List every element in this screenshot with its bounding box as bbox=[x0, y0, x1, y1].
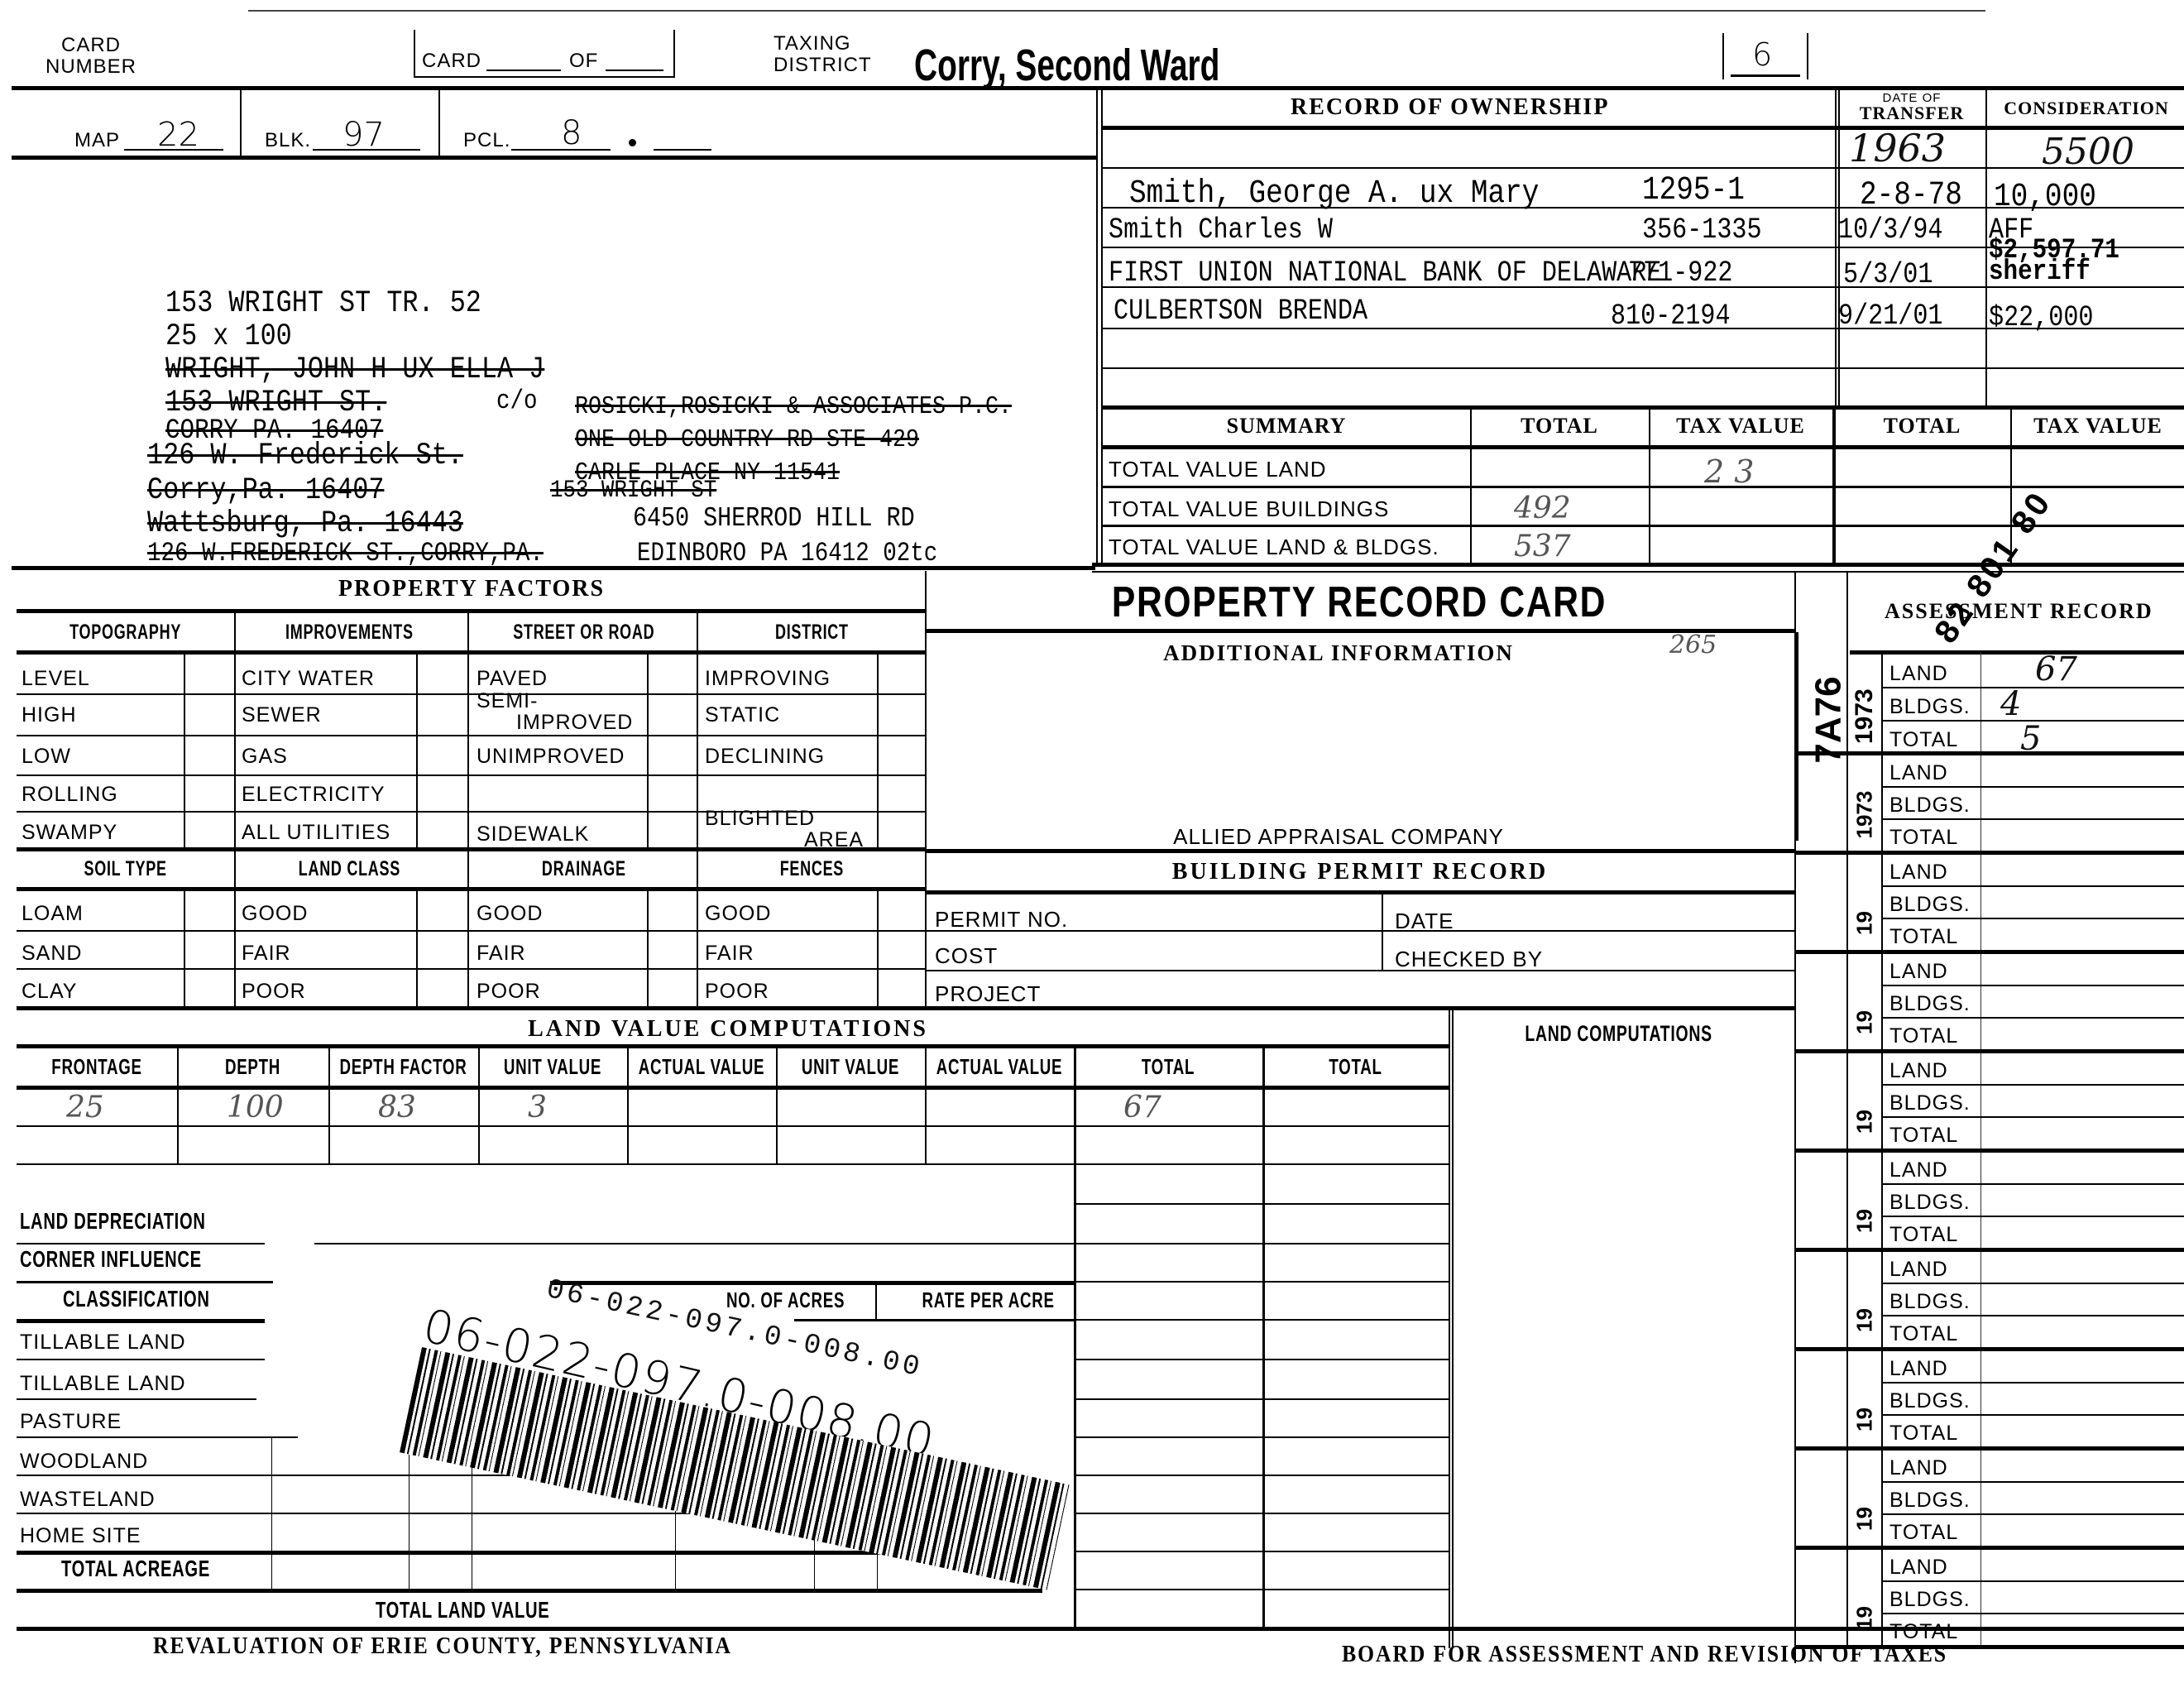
bottom-rule bbox=[17, 1627, 2184, 1631]
ownership-owner: Smith Charles W bbox=[1109, 213, 1333, 247]
assessment-bldgs-label: BLDGS. bbox=[1889, 992, 1971, 1016]
rule bbox=[17, 1125, 1449, 1127]
rule bbox=[17, 1398, 256, 1400]
assessment-bldgs-label: BLDGS. bbox=[1889, 1588, 1971, 1612]
factor-header-street: STREET OR ROAD bbox=[471, 621, 697, 645]
pcl-sub-underline bbox=[654, 149, 711, 151]
row-rule bbox=[1101, 286, 2184, 288]
ownership-deed: 771-922 bbox=[1628, 257, 1732, 290]
assessment-year: 19 bbox=[1852, 1405, 1878, 1435]
divider bbox=[1452, 1009, 1454, 1648]
summary-total-header-2: TOTAL bbox=[1836, 414, 2009, 439]
assessment-title: ASSESSMENT RECORD bbox=[1885, 599, 2153, 624]
factor-drainage-good[interactable]: GOOD bbox=[477, 902, 543, 926]
rule bbox=[1074, 1475, 1449, 1476]
divider bbox=[675, 1501, 676, 1589]
assessment-year: 19 bbox=[1852, 1206, 1878, 1236]
divider bbox=[409, 1455, 409, 1589]
ownership-header-rule bbox=[1101, 126, 2184, 130]
land-value-cell[interactable]: 100 bbox=[227, 1091, 284, 1125]
rule bbox=[925, 890, 1795, 894]
assessment-land-field[interactable] bbox=[1982, 953, 2181, 983]
class-row-label: PASTURE bbox=[20, 1410, 122, 1434]
assessment-year: 1973 bbox=[1851, 707, 1879, 744]
assessment-bldgs-label: BLDGS. bbox=[1889, 1290, 1971, 1314]
address-line: WRIGHT, JOHN H UX ELLA J bbox=[165, 352, 544, 387]
rule bbox=[17, 735, 925, 736]
land-value-header: ACTUAL VALUE bbox=[925, 1054, 1074, 1080]
assessment-bldgs-label: BLDGS. bbox=[1889, 1091, 1971, 1115]
assessment-land-field[interactable] bbox=[1982, 1152, 2181, 1182]
permit-project-label: PROJECT bbox=[935, 981, 1041, 1007]
rule bbox=[17, 1086, 1449, 1090]
assessment-total-label: TOTAL bbox=[1889, 728, 1958, 752]
of-blank[interactable] bbox=[606, 70, 663, 71]
additional-info-field[interactable] bbox=[935, 679, 1787, 811]
assessment-total-label: TOTAL bbox=[1889, 1223, 1958, 1247]
rule bbox=[17, 847, 925, 851]
rule bbox=[925, 849, 1795, 853]
ownership-deed: 1295-1 bbox=[1642, 172, 1745, 209]
rule bbox=[17, 1513, 778, 1514]
factor-soil-loam[interactable]: LOAM bbox=[22, 902, 84, 926]
rule bbox=[17, 1436, 298, 1438]
factor-land-class-fair[interactable]: FAIR bbox=[242, 942, 291, 966]
factor-soil-clay[interactable]: CLAY bbox=[22, 980, 77, 1004]
ownership-consideration: 10,000 bbox=[1994, 179, 2096, 216]
rule bbox=[17, 1589, 1042, 1593]
address-line: 25 x 100 bbox=[165, 319, 292, 354]
consideration-header: CONSIDERATION bbox=[1989, 98, 2184, 119]
card-of-box: CARD OF bbox=[414, 30, 675, 78]
assessment-land-label: LAND bbox=[1889, 861, 1948, 885]
factor-header-fences: FENCES bbox=[700, 857, 924, 881]
divider bbox=[472, 1465, 472, 1589]
factor-fences-poor[interactable]: POOR bbox=[705, 980, 769, 1004]
factor-street-semi-improved[interactable]: SEMI-IMPROVED bbox=[477, 690, 633, 733]
divider bbox=[877, 890, 879, 1008]
of-label: OF bbox=[569, 50, 598, 73]
assessment-land-field[interactable] bbox=[1982, 1053, 2181, 1082]
rule bbox=[314, 1243, 1075, 1244]
permit-title: BUILDING PERMIT RECORD bbox=[925, 859, 1795, 885]
address-line: 126 W. Frederick St. bbox=[147, 439, 463, 473]
card-number-label: CARD NUMBER bbox=[33, 35, 149, 78]
rule bbox=[1074, 1243, 1449, 1244]
divider bbox=[478, 1046, 480, 1163]
summary-total-header: TOTAL bbox=[1472, 414, 1647, 439]
divider bbox=[647, 652, 649, 847]
rule bbox=[17, 609, 925, 613]
rule bbox=[17, 774, 925, 776]
rule bbox=[1074, 1551, 1449, 1552]
class-row-label: TILLABLE LAND bbox=[20, 1372, 186, 1396]
assessment-bldgs-label: BLDGS. bbox=[1889, 1389, 1971, 1413]
land-value-header: FRONTAGE bbox=[17, 1054, 177, 1080]
class-row-label: WASTELAND bbox=[20, 1488, 156, 1512]
rule bbox=[1074, 1436, 1449, 1438]
assessment-bldgs-field[interactable] bbox=[1982, 1581, 2181, 1611]
factor-improvements-sewer[interactable]: SEWER bbox=[242, 703, 322, 727]
assessment-land-field[interactable] bbox=[1982, 1549, 2181, 1579]
rule bbox=[925, 629, 1795, 633]
assessment-land-field[interactable] bbox=[1982, 1251, 2181, 1281]
divider bbox=[416, 652, 418, 847]
assessment-bldgs-field[interactable] bbox=[1982, 787, 2181, 817]
factor-land-class-good[interactable]: GOOD bbox=[242, 902, 308, 926]
factor-topography-level[interactable]: LEVEL bbox=[22, 667, 90, 691]
assessment-land-label: LAND bbox=[1889, 1158, 1948, 1182]
footer-right: BOARD FOR ASSESSMENT AND REVISION OF TAX… bbox=[1342, 1642, 1947, 1668]
rule bbox=[17, 1319, 265, 1323]
assessment-land-label: LAND bbox=[1889, 662, 1948, 686]
factor-header-topography: TOPOGRAPHY bbox=[18, 621, 232, 645]
rule bbox=[17, 968, 925, 970]
assessment-total-field[interactable] bbox=[1982, 918, 2181, 948]
divider bbox=[1262, 1046, 1265, 1627]
divider bbox=[925, 1046, 927, 1163]
date-header: TRANSFER bbox=[1842, 103, 1982, 124]
address-line-right: ROSICKI,ROSICKI & ASSOCIATES P.C. bbox=[575, 392, 1012, 421]
district-code-box: 6 bbox=[1722, 33, 1808, 79]
divider bbox=[438, 88, 440, 159]
summary-header: SUMMARY bbox=[1104, 414, 1468, 439]
rule bbox=[17, 650, 925, 655]
blk-value[interactable]: 97 bbox=[342, 116, 385, 154]
factor-topography-high[interactable]: HIGH bbox=[22, 703, 77, 727]
factor-fences-good[interactable]: GOOD bbox=[705, 902, 771, 926]
top-edge-line bbox=[248, 10, 1985, 12]
map-row-rule bbox=[12, 156, 1096, 160]
side-stamp: 7A76 bbox=[1808, 676, 1850, 763]
summary-tax-value[interactable]: 2 3 bbox=[1704, 453, 1754, 490]
factor-header-soil-type: SOIL TYPE bbox=[18, 857, 232, 881]
land-value-cell[interactable]: 83 bbox=[378, 1091, 416, 1125]
pcl-value[interactable]: 8 bbox=[561, 114, 582, 152]
assessment-year: 19 bbox=[1852, 1008, 1878, 1038]
factor-street-unimproved[interactable]: UNIMPROVED bbox=[477, 745, 625, 769]
class-row-label: WOODLAND bbox=[20, 1450, 148, 1474]
ownership-consideration: $22,000 bbox=[1989, 301, 2093, 334]
rule bbox=[17, 1243, 265, 1244]
factor-drainage-poor[interactable]: POOR bbox=[477, 980, 541, 1004]
factor-district-declining[interactable]: DECLINING bbox=[705, 745, 825, 769]
assessment-land-label: LAND bbox=[1889, 1059, 1948, 1083]
factor-header-drainage: DRAINAGE bbox=[471, 857, 697, 881]
factor-district-improving[interactable]: IMPROVING bbox=[705, 667, 831, 691]
pcl-label: PCL. bbox=[463, 129, 510, 152]
class-row-label: TILLABLE LAND bbox=[20, 1331, 186, 1355]
assessment-total-field[interactable] bbox=[1982, 819, 2181, 849]
address-line-right: 6450 SHERROD HILL RD bbox=[633, 503, 915, 534]
factors-top-rule-2 bbox=[1092, 571, 2184, 573]
rule bbox=[17, 887, 925, 891]
factor-improvements-electricity[interactable]: ELECTRICITY bbox=[242, 783, 386, 807]
rule bbox=[1074, 1281, 1449, 1283]
taxing-district-label: TAXING DISTRICT bbox=[773, 33, 889, 76]
divider bbox=[416, 890, 418, 1008]
rule bbox=[17, 1163, 1449, 1165]
assessment-bldgs-label: BLDGS. bbox=[1889, 893, 1971, 917]
factor-topography-swampy[interactable]: SWAMPY bbox=[22, 821, 117, 845]
rule bbox=[17, 1044, 1449, 1048]
header-rule bbox=[12, 86, 2184, 90]
additional-info-title: ADDITIONAL INFORMATION bbox=[925, 640, 1752, 666]
assessment-land-field[interactable] bbox=[1982, 1350, 2181, 1380]
summary-label: TOTAL VALUE BUILDINGS bbox=[1109, 496, 1389, 522]
address-line: Wattsburg, Pa. 16443 bbox=[147, 506, 463, 541]
rule bbox=[925, 970, 1795, 971]
rule bbox=[17, 693, 925, 695]
rule bbox=[1074, 1359, 1449, 1360]
address-line: Corry,Pa. 16407 bbox=[147, 473, 384, 508]
rule bbox=[550, 1281, 1075, 1285]
additional-info-note: 265 bbox=[1669, 631, 1717, 659]
pcl-dot bbox=[629, 139, 636, 146]
divider bbox=[627, 1046, 629, 1163]
appraiser-name: ALLIED APPRAISAL COMPANY bbox=[925, 824, 1752, 850]
row-rule bbox=[1101, 207, 2184, 209]
divider bbox=[184, 652, 185, 847]
district-code-underline bbox=[1731, 74, 1800, 77]
ownership-owner: FIRST UNION NATIONAL BANK OF DELAWARE bbox=[1109, 257, 1661, 290]
factor-fences-fair[interactable]: FAIR bbox=[705, 942, 754, 966]
semi-label: SEMI- bbox=[477, 689, 538, 712]
assessment-total-label: TOTAL bbox=[1889, 1620, 1958, 1644]
summary-total-value[interactable]: 537 bbox=[1514, 530, 1571, 563]
assessment-bldgs-label: BLDGS. bbox=[1889, 1191, 1971, 1215]
ownership-date: 1963 bbox=[1849, 126, 1946, 170]
divider bbox=[240, 88, 242, 159]
land-computations-title: LAND COMPUTATIONS bbox=[1452, 1021, 1785, 1047]
rule bbox=[1074, 1513, 1449, 1514]
divider bbox=[875, 1283, 877, 1319]
divider bbox=[467, 611, 469, 1008]
address-line-right: 153 WRIGHT ST bbox=[550, 477, 716, 505]
row-rule bbox=[1101, 328, 2184, 329]
address-line-right: ONE OLD COUNTRY RD STE 429 bbox=[575, 425, 919, 454]
assessment-bldgs-value[interactable]: 4 bbox=[2000, 685, 2021, 723]
rule bbox=[925, 930, 1795, 932]
blk-label: BLK. bbox=[265, 129, 311, 152]
factor-soil-sand[interactable]: SAND bbox=[22, 942, 82, 966]
ownership-date: 10/3/94 bbox=[1838, 213, 1942, 247]
factor-drainage-fair[interactable]: FAIR bbox=[477, 942, 526, 966]
summary-header-rule bbox=[1101, 445, 2184, 449]
assessment-year: 19 bbox=[1852, 1504, 1878, 1534]
assessment-land-value[interactable]: 67 bbox=[2035, 650, 2077, 688]
permit-no-label: PERMIT NO. bbox=[935, 907, 1068, 933]
factor-topography-rolling[interactable]: ROLLING bbox=[22, 783, 118, 807]
rule bbox=[17, 1359, 265, 1360]
land-value-header: TOTAL bbox=[1262, 1054, 1449, 1080]
factor-district-blighted-area[interactable]: BLIGHTEDAREA bbox=[705, 808, 864, 851]
factor-header-land-class: LAND CLASS bbox=[237, 857, 462, 881]
assessment-land-field[interactable] bbox=[1982, 1450, 2181, 1479]
total-acreage-label: TOTAL ACREAGE bbox=[61, 1556, 210, 1582]
row-rule bbox=[1101, 167, 2184, 169]
address-line: 153 WRIGHT ST TR. 52 bbox=[165, 286, 481, 321]
row-rule bbox=[1101, 486, 2184, 488]
assessment-total-field[interactable] bbox=[1982, 1514, 2181, 1544]
assessment-total-label: TOTAL bbox=[1889, 1422, 1958, 1446]
assessment-bldgs-field[interactable] bbox=[1982, 1283, 2181, 1313]
assessment-year: 1973 bbox=[1852, 809, 1878, 839]
district-code: 6 bbox=[1752, 36, 1772, 73]
assessment-total-label: TOTAL bbox=[1889, 1124, 1958, 1148]
classification-label: CLASSIFICATION bbox=[63, 1286, 210, 1312]
assessment-land-field[interactable] bbox=[1982, 854, 2181, 884]
assessment-year: 19 bbox=[1852, 909, 1878, 938]
assessment-total-label: TOTAL bbox=[1889, 1322, 1958, 1346]
land-depreciation-label: LAND DEPRECIATION bbox=[20, 1208, 206, 1235]
assessment-total-field[interactable] bbox=[1982, 1316, 2181, 1345]
divider bbox=[877, 652, 879, 847]
rule bbox=[1074, 1203, 1449, 1205]
address-line-right: EDINBORO PA 16412 02tc bbox=[637, 538, 937, 568]
factor-improvements-all-utilities[interactable]: ALL UTILITIES bbox=[242, 821, 390, 845]
rule bbox=[17, 1006, 925, 1010]
assessment-land-label: LAND bbox=[1889, 761, 1948, 785]
assessment-year: 19 bbox=[1852, 1107, 1878, 1137]
divider bbox=[1846, 573, 1848, 1648]
rule bbox=[1850, 650, 2184, 655]
land-value-title: LAND VALUE COMPUTATIONS bbox=[17, 1016, 1439, 1043]
divider bbox=[328, 1046, 330, 1163]
rule bbox=[794, 1319, 1075, 1321]
blighted-label: BLIGHTED bbox=[705, 807, 815, 830]
assessment-land-label: LAND bbox=[1889, 1456, 1948, 1480]
property-record-card-title: PROPERTY RECORD CARD bbox=[1003, 578, 1716, 627]
total-land-value-label: TOTAL LAND VALUE bbox=[248, 1597, 677, 1623]
ownership-owner: CULBERTSON BRENDA bbox=[1114, 295, 1367, 328]
divider bbox=[234, 611, 236, 1008]
divider bbox=[776, 1046, 778, 1163]
summary-total-value[interactable]: 492 bbox=[1514, 492, 1571, 525]
rule bbox=[1074, 1398, 1449, 1400]
factor-header-district: DISTRICT bbox=[700, 621, 924, 645]
assessment-bldgs-label: BLDGS. bbox=[1889, 1489, 1971, 1513]
factor-improvements-gas[interactable]: GAS bbox=[242, 745, 288, 769]
assessment-bldgs-label: BLDGS. bbox=[1889, 794, 1971, 818]
land-value-header: UNIT VALUE bbox=[478, 1054, 627, 1080]
assessment-total-label: TOTAL bbox=[1889, 1024, 1958, 1048]
factor-district-static[interactable]: STATIC bbox=[705, 703, 780, 727]
divider bbox=[1096, 88, 1098, 564]
rule bbox=[925, 1006, 1795, 1010]
assessment-total-label: TOTAL bbox=[1889, 826, 1958, 850]
land-value-header: TOTAL bbox=[1074, 1054, 1262, 1080]
assessment-stamp: 82 801 80 bbox=[1928, 484, 2060, 650]
divider bbox=[184, 890, 185, 1008]
assessment-total-field[interactable] bbox=[1982, 1117, 2181, 1147]
summary-top-rule bbox=[1101, 405, 2184, 410]
ownership-consideration: $2,597.71 sheriff bbox=[1989, 240, 2174, 283]
rate-per-acre-header: RATE PER ACRE bbox=[881, 1288, 1095, 1313]
taxing-district-value: Corry, Second Ward bbox=[914, 40, 1219, 91]
assessment-bldgs-field[interactable] bbox=[1982, 1383, 2181, 1412]
factors-top-rule bbox=[12, 566, 1095, 570]
care-of-label: c/o bbox=[496, 386, 538, 416]
summary-label: TOTAL VALUE LAND & BLDGS. bbox=[1109, 535, 1439, 560]
summary-label: TOTAL VALUE LAND bbox=[1109, 457, 1327, 482]
factor-topography-low[interactable]: LOW bbox=[22, 745, 71, 769]
land-value-header: DEPTH FACTOR bbox=[328, 1054, 478, 1080]
divider bbox=[1449, 1009, 1450, 1648]
land-value-cell[interactable]: 3 bbox=[528, 1091, 547, 1125]
summary-tax-header: TAX VALUE bbox=[1650, 414, 1831, 439]
assessment-bldgs-field[interactable] bbox=[1982, 985, 2181, 1015]
ownership-date: 2-8-78 bbox=[1860, 177, 1962, 214]
class-row-label: HOME SITE bbox=[20, 1524, 141, 1548]
assessment-land-field[interactable] bbox=[1982, 755, 2181, 784]
factor-street-paved[interactable]: PAVED bbox=[477, 667, 548, 691]
divider bbox=[271, 1436, 272, 1589]
permit-cost-label: COST bbox=[935, 943, 998, 969]
assessment-total-label: TOTAL bbox=[1889, 1521, 1958, 1545]
land-value-header: DEPTH bbox=[177, 1054, 328, 1080]
ownership-deed: 356-1335 bbox=[1642, 213, 1762, 247]
corner-influence-label: CORNER INFLUENCE bbox=[20, 1246, 202, 1273]
assessment-land-label: LAND bbox=[1889, 1556, 1948, 1580]
footer-left: REVALUATION OF ERIE COUNTY, PENNSYLVANIA bbox=[153, 1633, 732, 1660]
assessment-bldgs-field[interactable] bbox=[1982, 886, 2181, 916]
divider bbox=[1795, 632, 1798, 841]
assessment-bldgs-field[interactable] bbox=[1982, 1482, 2181, 1512]
rule bbox=[1074, 1589, 1449, 1590]
land-value-header: UNIT VALUE bbox=[776, 1054, 925, 1080]
rule bbox=[1881, 687, 2184, 688]
assessment-land-label: LAND bbox=[1889, 1357, 1948, 1381]
rule bbox=[17, 930, 925, 932]
divider bbox=[647, 890, 649, 1008]
assessment-land-label: LAND bbox=[1889, 960, 1948, 984]
divider bbox=[697, 611, 698, 1008]
assessment-total-label: TOTAL bbox=[1889, 925, 1958, 949]
assessment-bldgs-field[interactable] bbox=[1982, 1085, 2181, 1115]
map-value[interactable]: 22 bbox=[157, 116, 199, 154]
row-rule bbox=[1101, 367, 2184, 369]
rule bbox=[17, 1475, 546, 1476]
factor-street-sidewalk[interactable]: SIDEWALK bbox=[477, 822, 589, 846]
assessment-land-label: LAND bbox=[1889, 1258, 1948, 1282]
card-label: CARD bbox=[422, 50, 481, 73]
factor-header-improvements: IMPROVEMENTS bbox=[237, 621, 462, 645]
summary-bottom-rule bbox=[1092, 563, 2184, 567]
divider bbox=[925, 571, 927, 1009]
improved-label: IMPROVED bbox=[477, 711, 633, 734]
land-value-cell[interactable]: 67 bbox=[1123, 1091, 1161, 1125]
card-blank[interactable] bbox=[486, 70, 561, 71]
assessment-bldgs-label: BLDGS. bbox=[1889, 695, 1971, 719]
permit-checked-by-label: CHECKED BY bbox=[1395, 947, 1543, 972]
address-line: 126 W.FREDERICK ST.,CORRY,PA. bbox=[147, 538, 544, 568]
factor-land-class-poor[interactable]: POOR bbox=[242, 980, 306, 1004]
assessment-total-field[interactable] bbox=[1982, 1415, 2181, 1445]
assessment-bldgs-field[interactable] bbox=[1982, 1184, 2181, 1214]
land-value-cell[interactable]: 25 bbox=[66, 1091, 104, 1125]
summary-tax-header-2: TAX VALUE bbox=[2012, 414, 2184, 439]
factor-improvements-city-water[interactable]: CITY WATER bbox=[242, 667, 375, 691]
assessment-total-field[interactable] bbox=[1982, 1018, 2181, 1048]
divider bbox=[1074, 1046, 1076, 1627]
land-value-header: ACTUAL VALUE bbox=[627, 1054, 776, 1080]
rule bbox=[1074, 1319, 1449, 1321]
map-label: MAP bbox=[74, 129, 120, 152]
property-factors-title: PROPERTY FACTORS bbox=[17, 576, 927, 602]
divider bbox=[177, 1046, 179, 1163]
assessment-total-field[interactable] bbox=[1982, 1216, 2181, 1246]
